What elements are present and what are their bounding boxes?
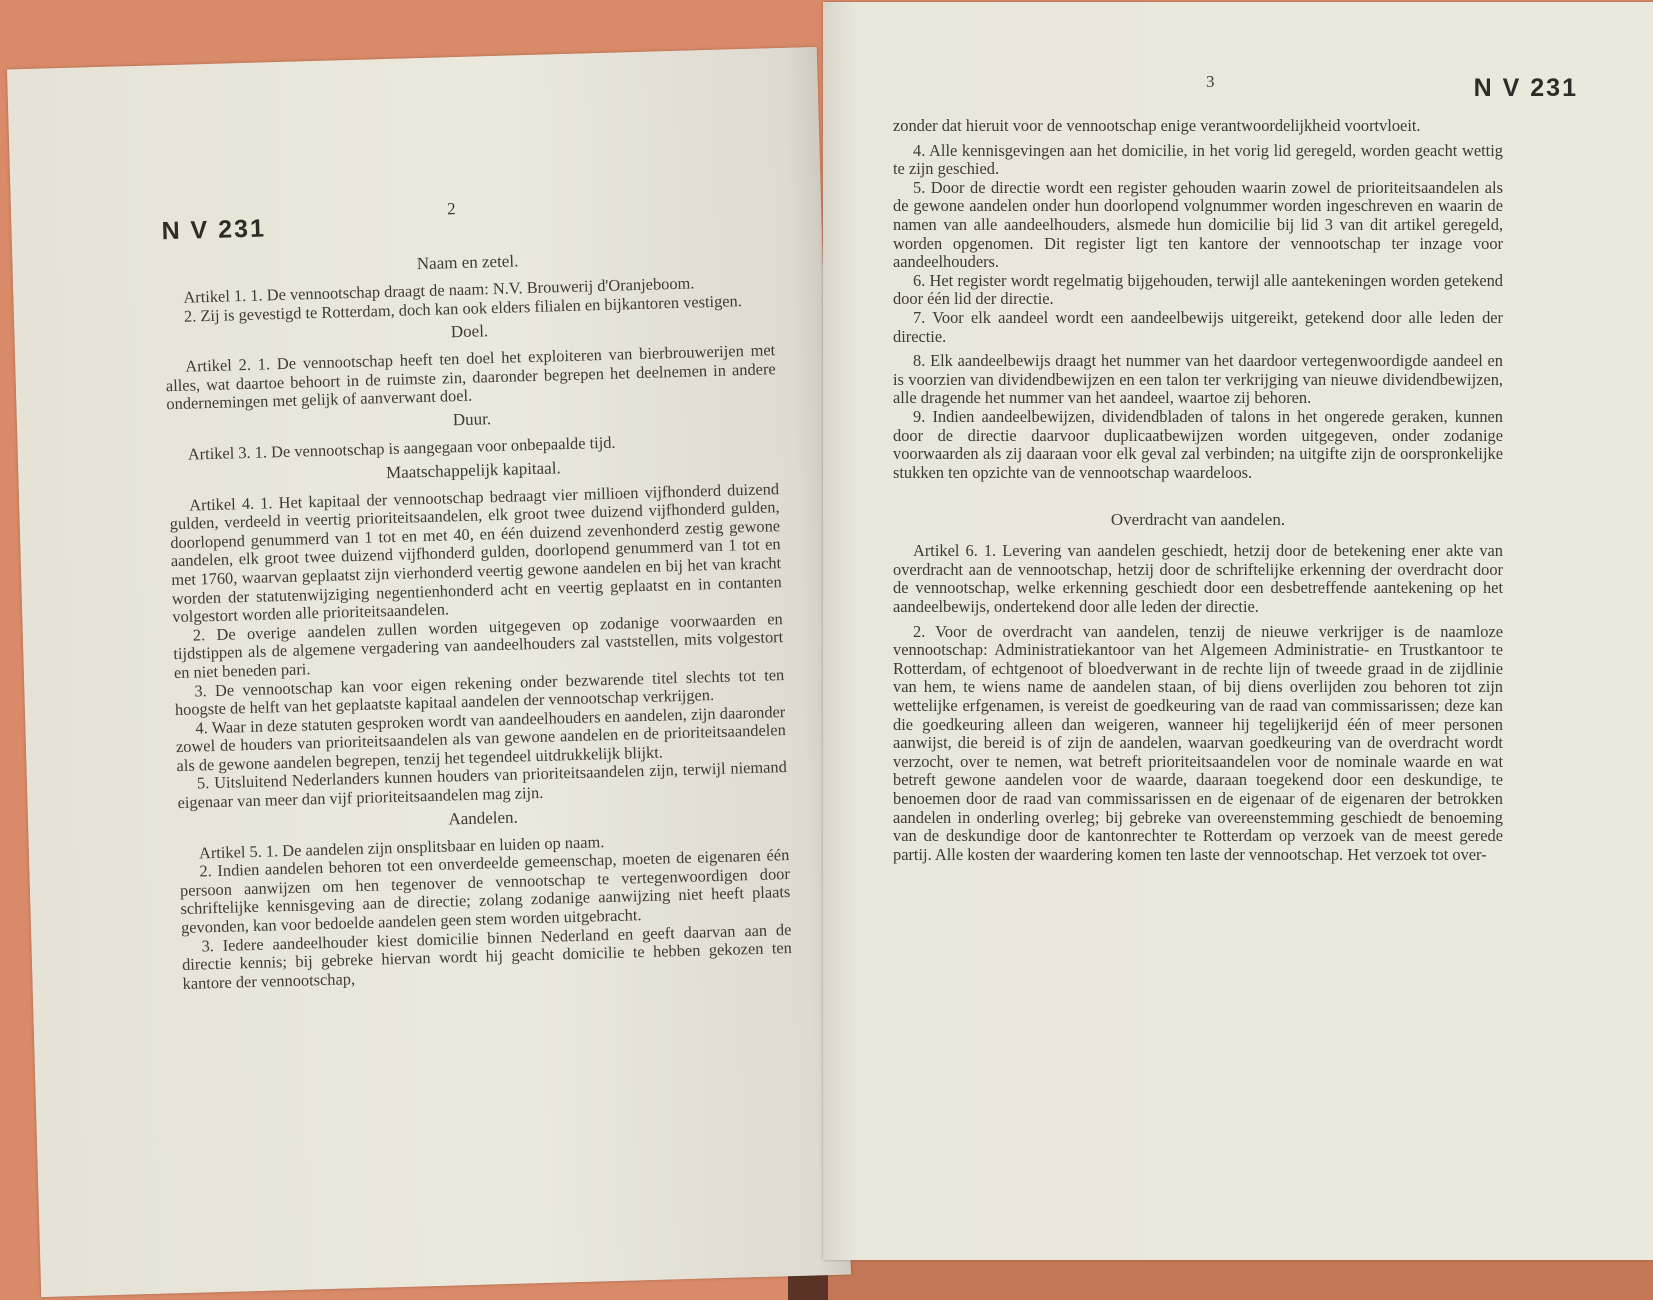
- paragraph: 6. Het register wordt regelmatig bijgeho…: [893, 272, 1503, 309]
- paragraph: Artikel 6. 1. Levering van aandelen gesc…: [893, 542, 1503, 616]
- page-number: 3: [1206, 72, 1215, 92]
- paragraph: 5. Door de directie wordt een register g…: [893, 179, 1503, 272]
- paragraph: 7. Voor elk aandeel wordt een aandeelbew…: [893, 309, 1503, 346]
- page-number: 2: [447, 199, 456, 219]
- paragraph: 4. Alle kennisgevingen aan het domicilie…: [893, 142, 1503, 179]
- right-page: 3 N V 231 zonder dat hieruit voor de ven…: [823, 2, 1653, 1260]
- paragraph: 8. Elk aandeelbewijs draagt het nummer v…: [893, 352, 1503, 408]
- articles-text: zonder dat hieruit voor de vennootschap …: [893, 117, 1503, 864]
- articles-text: Naam en zetel. Artikel 1. 1. De vennoots…: [162, 240, 792, 993]
- series-mark: N V 231: [1474, 74, 1578, 103]
- paragraph-continued: zonder dat hieruit voor de vennootschap …: [893, 117, 1503, 136]
- left-page: N V 231 2 Naam en zetel. Artikel 1. 1. D…: [7, 47, 851, 1297]
- series-mark: N V 231: [161, 214, 266, 246]
- paragraph: 2. Voor de overdracht van aandelen, tenz…: [893, 623, 1503, 865]
- left-page-content: N V 231 2 Naam en zetel. Artikel 1. 1. D…: [160, 148, 770, 165]
- paragraph: 9. Indien aandeelbewijzen, dividendblade…: [893, 408, 1503, 482]
- paragraph: Artikel 4. 1. Het kapitaal der vennootsc…: [169, 480, 782, 627]
- section-heading-overdracht: Overdracht van aandelen.: [893, 510, 1503, 530]
